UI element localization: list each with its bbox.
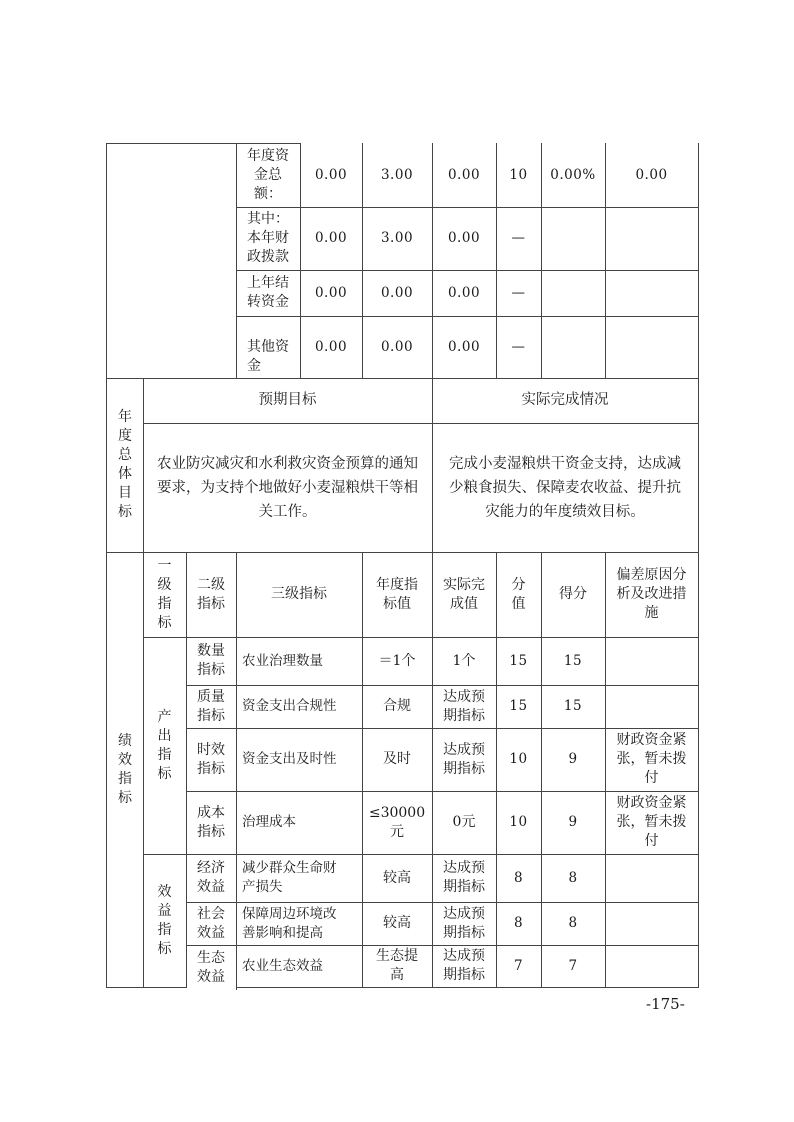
funding-executed: 0.00 xyxy=(432,270,497,317)
indicator-actual: 达成预期指标 xyxy=(432,854,497,903)
header-actual: 实际完成值 xyxy=(432,552,497,638)
indicator-level2: 时效指标 xyxy=(186,728,237,792)
indicator-weight: 10 xyxy=(496,728,542,792)
indicator-score: 15 xyxy=(541,685,606,729)
header-level2: 二级指标 xyxy=(186,552,237,638)
funding-budget-full: 0.00 xyxy=(362,316,433,379)
indicator-deviation xyxy=(605,854,699,903)
indicator-target: ＝1个 xyxy=(362,637,433,686)
indicator-level3: 资金支出及时性 xyxy=(236,728,363,792)
funding-exec-rate: 0.00% xyxy=(541,143,606,208)
indicator-level3: 农业治理数量 xyxy=(236,637,363,686)
indicator-level3: 减少群众生命财产损失 xyxy=(236,854,363,903)
funding-blank-cell xyxy=(106,143,237,379)
indicator-level2: 社会效益 xyxy=(186,902,237,946)
indicator-score: 7 xyxy=(541,945,606,988)
indicator-deviation xyxy=(605,945,699,988)
indicator-target: 较高 xyxy=(362,854,433,903)
indicator-weight: 7 xyxy=(496,945,542,988)
funding-budget-full: 3.00 xyxy=(362,143,433,208)
indicator-weight: 8 xyxy=(496,854,542,903)
funding-score xyxy=(605,316,699,379)
indicator-level2: 数量指标 xyxy=(186,637,237,686)
indicator-weight: 8 xyxy=(496,902,542,946)
indicator-level2: 生态效益 xyxy=(186,945,237,990)
funding-budget-start: 0.00 xyxy=(300,270,363,317)
funding-executed: 0.00 xyxy=(432,143,497,208)
funding-score xyxy=(605,270,699,317)
funding-budget-full: 0.00 xyxy=(362,270,433,317)
funding-exec-rate xyxy=(541,316,606,379)
indicator-level3: 资金支出合规性 xyxy=(236,685,363,729)
header-deviation: 偏差原因分析及改进措施 xyxy=(605,552,699,638)
indicators-label: 绩效指标 xyxy=(106,552,144,988)
indicator-target: 合规 xyxy=(362,685,433,729)
indicator-level3: 保障周边环境改善影响和提高 xyxy=(236,902,363,946)
header-level1: 一级指标 xyxy=(143,552,187,638)
indicator-weight: 15 xyxy=(496,685,542,729)
indicator-level2: 成本指标 xyxy=(186,791,237,855)
actual-completion-text: 完成小麦湿粮烘干资金支持，达成减少粮食损失、保障麦农收益、提升抗灾能力的年度绩效… xyxy=(432,423,699,553)
indicator-deviation xyxy=(605,902,699,946)
funding-label: 其中：本年财政拨款 xyxy=(236,207,301,271)
header-weight: 分值 xyxy=(496,552,542,638)
funding-weight: 10 xyxy=(496,143,542,208)
indicator-weight: 15 xyxy=(496,637,542,686)
indicator-level2: 质量指标 xyxy=(186,685,237,729)
funding-label: 年度资金总额： xyxy=(236,143,301,208)
indicator-score: 9 xyxy=(541,791,606,855)
funding-weight: — xyxy=(496,207,542,271)
funding-weight: — xyxy=(496,270,542,317)
funding-score xyxy=(605,207,699,271)
indicator-target: ≤30000元 xyxy=(362,791,433,855)
indicator-score: 8 xyxy=(541,902,606,946)
indicator-actual: 达成预期指标 xyxy=(432,945,497,988)
funding-budget-start: 0.00 xyxy=(300,143,363,208)
indicator-target: 生态提高 xyxy=(362,945,433,988)
header-target: 年度指标值 xyxy=(362,552,433,638)
funding-weight: — xyxy=(496,316,542,379)
group-output-indicators: 产出指标 xyxy=(143,637,187,855)
overall-goal-label: 年度总体目标 xyxy=(106,378,144,553)
indicator-actual: 1个 xyxy=(432,637,497,686)
funding-exec-rate xyxy=(541,270,606,317)
header-score: 得分 xyxy=(541,552,606,638)
funding-label: 其他资金 xyxy=(236,316,301,379)
indicator-level3: 农业生态效益 xyxy=(236,945,363,988)
indicator-deviation xyxy=(605,637,699,686)
indicator-score: 9 xyxy=(541,728,606,792)
funding-exec-rate xyxy=(541,207,606,271)
funding-budget-start: 0.00 xyxy=(300,207,363,271)
indicator-actual: 0元 xyxy=(432,791,497,855)
indicator-actual: 达成预期指标 xyxy=(432,728,497,792)
funding-score: 0.00 xyxy=(605,143,699,208)
actual-completion-header: 实际完成情况 xyxy=(432,378,699,424)
indicator-level2: 经济效益 xyxy=(186,854,237,903)
page-number: -175- xyxy=(646,995,685,1013)
header-level3: 三级指标 xyxy=(236,552,363,638)
indicator-deviation: 财政资金紧张，暂未拨付 xyxy=(605,728,699,792)
funding-label: 上年结转资金 xyxy=(236,270,301,317)
indicator-weight: 10 xyxy=(496,791,542,855)
indicator-actual: 达成预期指标 xyxy=(432,902,497,946)
funding-executed: 0.00 xyxy=(432,207,497,271)
indicator-score: 8 xyxy=(541,854,606,903)
expected-goal-header: 预期目标 xyxy=(143,378,433,424)
indicator-target: 及时 xyxy=(362,728,433,792)
group-benefit-indicators: 效益指标 xyxy=(143,854,187,988)
indicator-actual: 达成预期指标 xyxy=(432,685,497,729)
indicator-level3: 治理成本 xyxy=(236,791,363,855)
expected-goal-text: 农业防灾减灾和水利救灾资金预算的通知要求，为支持个地做好小麦湿粮烘干等相关工作。 xyxy=(143,423,433,553)
indicator-target: 较高 xyxy=(362,902,433,946)
funding-executed: 0.00 xyxy=(432,316,497,379)
indicator-deviation xyxy=(605,685,699,729)
indicator-score: 15 xyxy=(541,637,606,686)
funding-budget-full: 3.00 xyxy=(362,207,433,271)
indicator-deviation: 财政资金紧张，暂未拨付 xyxy=(605,791,699,855)
funding-budget-start: 0.00 xyxy=(300,316,363,379)
